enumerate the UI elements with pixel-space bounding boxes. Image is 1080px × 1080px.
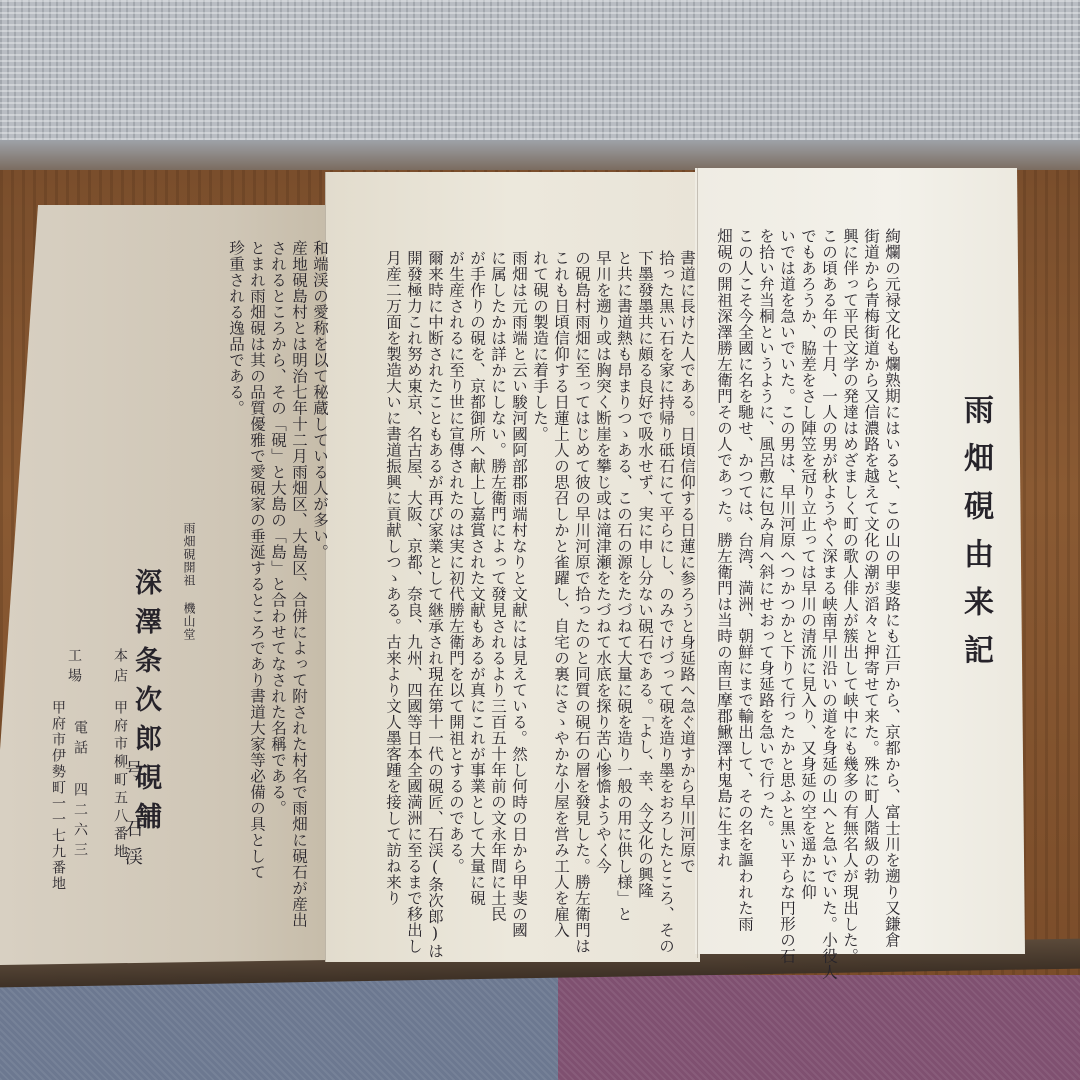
- text-column: 街道から青梅街道から又信濃路を越えて文化の潮が滔々と押寄せて来た。殊に町人階級の…: [860, 228, 881, 848]
- head-store-label: 本店: [112, 648, 128, 688]
- body-text-left: 和端渓の愛称を以て秘蔵している人が多い。産地硯島村とは明治七年十二月雨畑区、大島…: [230, 240, 330, 860]
- text-column: いでは道を急いでいた。この男は、早川河原へつかつかと下りて行ったかと思ふと黒い平…: [776, 228, 797, 848]
- text-column: これも日頃信仰する日蓮上人の思召しかと雀躍し、自宅の裏にさゝやかな小屋を営み工人…: [550, 250, 571, 870]
- text-column: 拾った黒い石を家に持帰り砥石にて平らにし、のみでけづって硯を造り墨をおろしたとこ…: [655, 250, 676, 870]
- document-sheet: 雨畑硯由来記 絢爛の元禄文化も爛熟期にはいると、この山の甲斐路にも江戸から、京都…: [0, 0, 1080, 1080]
- factory-label: 工場: [66, 648, 82, 688]
- text-column: この頃ある年の十月、一人の男が秋ようやく深まる峡南早川沿いの道を身延の山へと急い…: [818, 228, 839, 848]
- text-column: が生産されるに至り世に宣傳されたのは実に初代勝左衛門を以て開祖とするのである。: [445, 250, 466, 870]
- text-column: の硯島村雨畑に至ってはじめて彼の早川河原で拾ったのと同質の硯石の層を發見した。勝…: [571, 250, 592, 870]
- shop-subtitle: 雨畑硯開祖 機山堂: [182, 522, 196, 641]
- text-column: を拾い弁当桐というように、風呂敷に包み肩へ斜にせおって身延路を急いで行った。: [755, 228, 776, 848]
- text-column: 爾来時に中断されたこともあるが再び家業として継承され現在第十一代の硯匠、石渓(条…: [424, 250, 445, 870]
- text-column: 和端渓の愛称を以て秘蔵している人が多い。: [309, 240, 330, 860]
- text-column: れて硯の製造に着手した。: [529, 250, 550, 870]
- factory-address: 甲府市伊勢町一一七九番地: [50, 700, 66, 892]
- phone-number: 電話 四二六三: [72, 720, 88, 862]
- text-column: と共に書道熱も昂まりつゝある、この石の源をたづねて大量に硯を造り一般の用に供し様…: [613, 250, 634, 870]
- text-column: この人こそ今全國に名を馳せ、かつては、台湾、満洲、朝鮮にまで輸出して、その名を謳…: [734, 228, 755, 848]
- text-column: 絢爛の元禄文化も爛熟期にはいると、この山の甲斐路にも江戸から、京都から、富士川を…: [881, 228, 902, 848]
- text-column: とまれ雨畑硯は其の品質優雅で愛硯家の垂涎するところであり書道大家等必備の具として: [246, 240, 267, 860]
- text-column: 下墨發墨共に頗る良好で吸水せず、実に申し分ない硯石である。「よし、幸、今文化の興…: [634, 250, 655, 870]
- body-text-middle: 書道に長けた人である。日頃信仰する日蓮に参ろうと身延路へ急ぐ道すから早川河原で拾…: [332, 250, 697, 870]
- text-column: 珍重される逸品である。: [225, 240, 246, 860]
- text-column: に属したかは詳かにしない。勝左衛門によって發見されるより三百五十年前の文永年間に…: [487, 250, 508, 870]
- artist-name: 号 石渓: [124, 760, 140, 875]
- text-column: 興に伴って平民文学の発達はめざましく町の歌人俳人が簇出して峡中にも幾多の有無名人…: [839, 228, 860, 848]
- document-title: 雨畑硯由来記: [960, 394, 990, 682]
- text-column: 開發極力これ努め東京、名古屋、大阪、京都、奈良、九州、四國等日本全國満洲に至るま…: [403, 250, 424, 870]
- text-column: でもあろうか、脇差をさし陣笠を冠り立止っては早川の清流に見入り、又身延の空を遥か…: [797, 228, 818, 848]
- text-column: が手作りの硯を、京都御所へ献上し嘉賞された文献もあるが真にこれが事業として大量に…: [466, 250, 487, 870]
- text-column: されるところから、その「硯」と大島の「島」と合わせてなされた名稱である。: [267, 240, 288, 860]
- text-column: 書道に長けた人である。日頃信仰する日蓮に参ろうと身延路へ急ぐ道すから早川河原で: [676, 250, 697, 870]
- text-column: 雨畑は元雨端と云い駿河國阿部郡雨端村なりと文献には見えている。然し何時の日から甲…: [508, 250, 529, 870]
- text-column: 早川を遡り或は胸突く断崖を攀じ或は滝津瀬をたづねて水底を探り苦心惨憺ようやく今: [592, 250, 613, 870]
- text-column: 産地硯島村とは明治七年十二月雨畑区、大島区、合併によって附された村名で雨畑に硯石…: [288, 240, 309, 860]
- body-text-right: 絢爛の元禄文化も爛熟期にはいると、この山の甲斐路にも江戸から、京都から、富士川を…: [682, 228, 902, 848]
- text-column: 月産二万面を製造大いに書道振興に貢献しつゝある。古来より文人墨客踵を接して訪ね来…: [382, 250, 403, 870]
- text-column: 畑硯の開祖深澤勝左衛門その人であった。勝左衛門は当時の南巨摩郡鰍澤村鬼島に生まれ: [713, 228, 734, 848]
